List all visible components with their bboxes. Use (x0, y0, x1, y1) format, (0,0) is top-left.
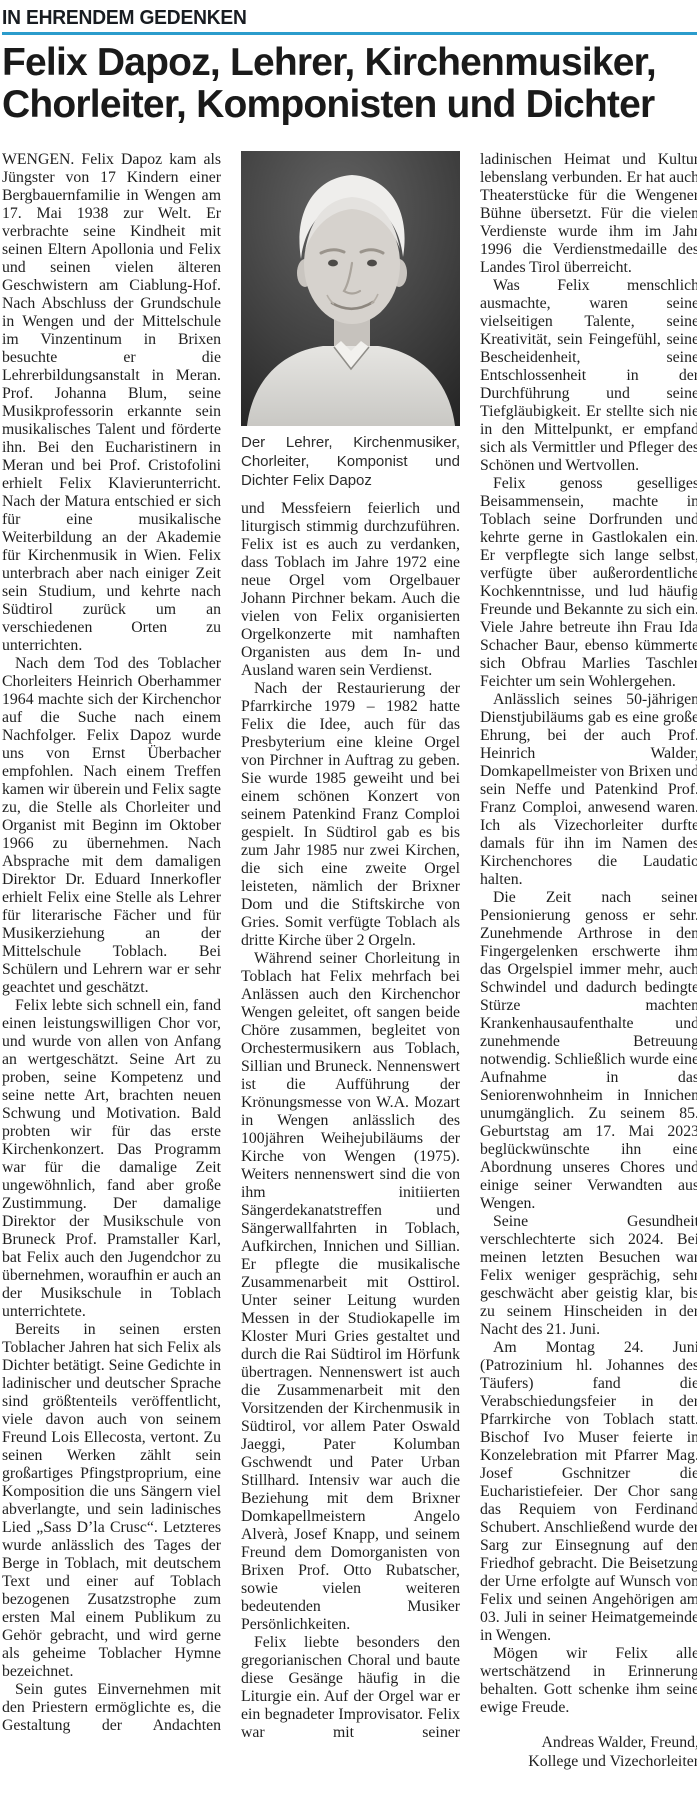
article-paragraph: WENGEN. Felix Dapoz kam als Jüngster von… (2, 151, 221, 655)
article-paragraph: Bereits in seinen ersten Toblacher Jahre… (2, 1321, 221, 1681)
signature-block: Andreas Walder, Freund, Kollege und Vize… (480, 1733, 697, 1771)
article-body: WENGEN. Felix Dapoz kam als Jüngster von… (2, 151, 697, 1799)
section-divider-line (2, 32, 697, 35)
article-paragraph: Anlässlich seines 50-jährigen Dienstjubi… (480, 691, 697, 889)
article-paragraph: Nach der Restaurierung der Pfarrkirche 1… (241, 680, 460, 950)
article-headline: Felix Dapoz, Lehrer, Kirchenmusiker, Cho… (2, 42, 697, 126)
article-paragraph: Während seiner Chorleitung in Toblach ha… (241, 950, 460, 1634)
article-column-3: ladinischen Heimat und Kultur lebenslang… (480, 151, 697, 1799)
article-column-2-text: und Messfeiern feierlich und liturgisch … (241, 500, 460, 1742)
article-column-3-text: ladinischen Heimat und Kultur lebenslang… (480, 151, 697, 1717)
article-paragraph: Was Felix menschlich ausmachte, waren se… (480, 277, 697, 475)
article-paragraph: Felix genoss geselliges Beisammensein, m… (480, 475, 697, 691)
portrait-figure: Der Lehrer, Kirchenmusiker, Chorleiter, … (241, 151, 460, 490)
portrait-photo-graphic (241, 151, 460, 426)
signature-line-2: Kollege und Vizechorleiter (480, 1752, 697, 1771)
newspaper-page: IN EHRENDEM GEDENKEN Felix Dapoz, Lehrer… (0, 0, 698, 1800)
article-paragraph: und Messfeiern feierlich und liturgisch … (241, 500, 460, 680)
article-header: IN EHRENDEM GEDENKEN Felix Dapoz, Lehrer… (2, 7, 697, 126)
section-kicker: IN EHRENDEM GEDENKEN (2, 7, 669, 30)
article-paragraph: Mögen wir Felix alle wertschätzend in Er… (480, 1645, 697, 1717)
article-column-2: Der Lehrer, Kirchenmusiker, Chorleiter, … (241, 151, 460, 1799)
article-paragraph: Seine Gesundheit verschlechterte sich 20… (480, 1213, 697, 1339)
portrait-photo (241, 151, 460, 426)
article-paragraph: Am Montag 24. Juni (Patrozinium hl. Joha… (480, 1339, 697, 1645)
article-paragraph: ladinischen Heimat und Kultur lebenslang… (480, 151, 697, 277)
article-paragraph: Sein gutes Einvernehmen mit den Priester… (2, 1681, 221, 1735)
article-paragraph: Nach dem Tod des Toblacher Chorleiters H… (2, 655, 221, 997)
signature-line-1: Andreas Walder, Freund, (480, 1733, 697, 1752)
article-column-1: WENGEN. Felix Dapoz kam als Jüngster von… (2, 151, 221, 1799)
photo-caption: Der Lehrer, Kirchenmusiker, Chorleiter, … (241, 433, 460, 490)
article-paragraph: Felix lebte sich schnell ein, fand einen… (2, 997, 221, 1321)
article-paragraph: Felix liebte besonders den gregorianisch… (241, 1634, 460, 1742)
article-paragraph: Die Zeit nach seiner Pensionierung genos… (480, 889, 697, 1213)
